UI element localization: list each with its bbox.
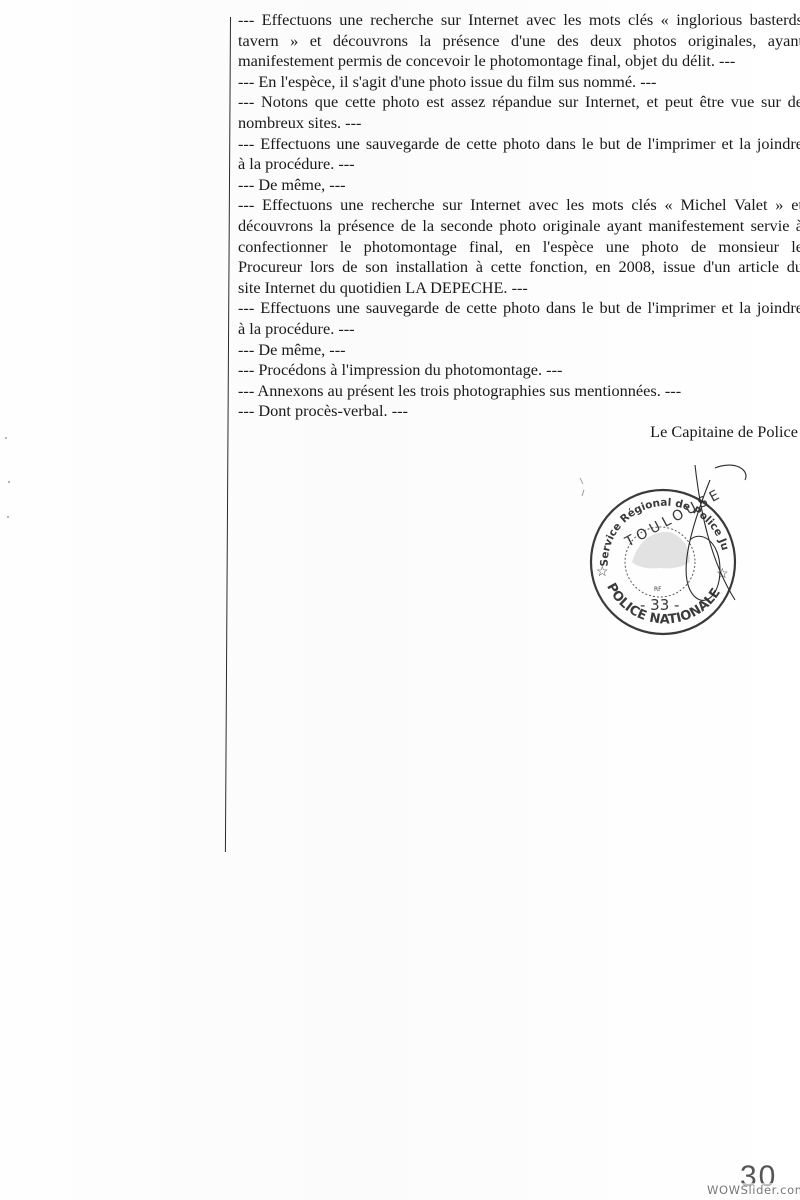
watermark: WOWSlider.com xyxy=(707,1183,800,1197)
document-line: à la procédure. --- xyxy=(238,319,800,340)
document-body: --- Effectuons une recherche sur Interne… xyxy=(238,10,800,422)
document-line: à la procédure. --- xyxy=(238,154,800,175)
document-line: --- Effectuons une recherche sur Interne… xyxy=(238,10,800,31)
stamp-star-right-icon: ☆ xyxy=(716,567,729,582)
document-line: Procureur lors de son installation à cet… xyxy=(238,257,800,278)
document-line: --- En l'espèce, il s'agit d'une photo i… xyxy=(238,72,800,93)
signature-title: Le Capitaine de Police xyxy=(650,422,798,442)
document-line: découvrons la présence de la seconde pho… xyxy=(238,216,800,237)
document-line: --- Dont procès-verbal. --- xyxy=(238,401,800,422)
document-line: --- Effectuons une sauvegarde de cette p… xyxy=(238,298,800,319)
document-line: --- De même, --- xyxy=(238,340,800,361)
document-line: --- Effectuons une sauvegarde de cette p… xyxy=(238,134,800,155)
document-line: --- Annexons au présent les trois photog… xyxy=(238,381,800,402)
document-line: tavern » et découvrons la présence d'une… xyxy=(238,31,800,52)
document-line: confectionner le photomontage final, en … xyxy=(238,237,800,258)
margin-line xyxy=(225,17,231,852)
stamp-center-mark: RF xyxy=(654,586,662,593)
document-line: manifestement permis de concevoir le pho… xyxy=(238,51,800,72)
police-stamp-icon: Service Régional de Police Judiciaire TO… xyxy=(560,450,760,640)
document-page: --- Effectuons une recherche sur Interne… xyxy=(0,0,800,1200)
document-line: --- Notons que cette photo est assez rép… xyxy=(238,92,800,113)
document-line: nombreux sites. --- xyxy=(238,113,800,134)
stamp-star-left-icon: ☆ xyxy=(596,565,609,580)
document-line: --- Effectuons une recherche sur Interne… xyxy=(238,195,800,216)
document-line: --- De même, --- xyxy=(238,175,800,196)
document-line: --- Procédons à l'impression du photomon… xyxy=(238,360,800,381)
document-line: site Internet du quotidien LA DEPECHE. -… xyxy=(238,278,800,299)
